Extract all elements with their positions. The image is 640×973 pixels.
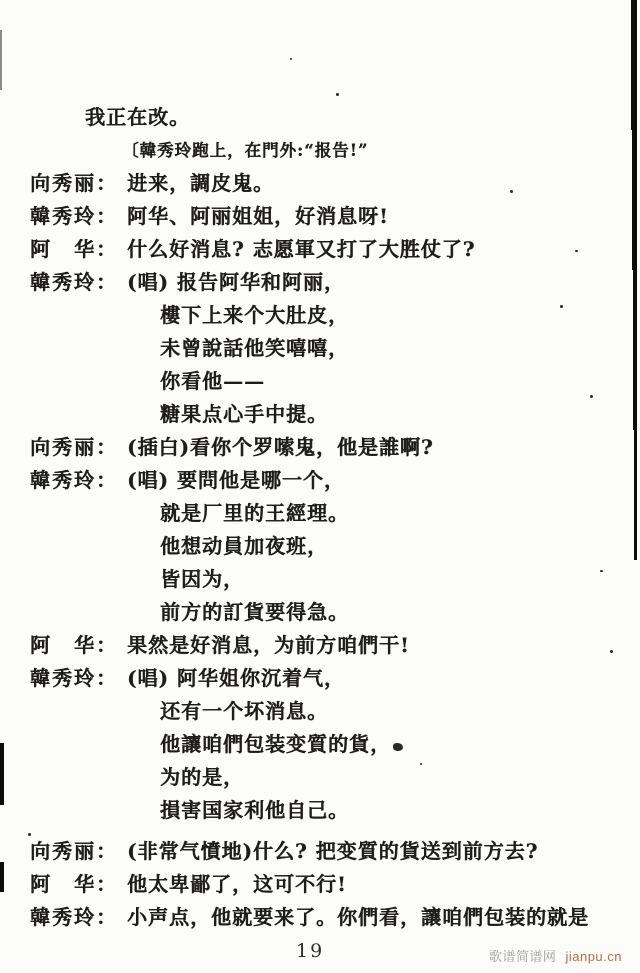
speck-artifact xyxy=(420,763,422,765)
speaker-name: 向秀丽： xyxy=(30,839,118,863)
speck-artifact xyxy=(610,650,613,653)
speck-artifact xyxy=(575,250,578,252)
script-line: 韓秀玲：(唱) 阿华姐你沉着气， xyxy=(30,662,640,695)
script-line: 韓秀玲：(唱) 报告阿华和阿丽， xyxy=(30,266,640,299)
script-line: 阿 华：他太卑鄙了，这可不行! xyxy=(30,868,640,901)
line-text: (插白)看你个罗嗦鬼，他是誰啊? xyxy=(127,435,434,459)
line-text: 他讓咱們包装变質的貨， xyxy=(160,732,391,756)
line-text: 皆因为， xyxy=(160,567,244,591)
line-text: 阿华、阿丽姐姐，好消息呀! xyxy=(127,204,389,228)
script-line: 向秀丽：(插白)看你个罗嗦鬼，他是誰啊? xyxy=(30,431,640,464)
speck-artifact xyxy=(510,190,513,193)
speck-artifact xyxy=(290,58,292,60)
line-text: 为的是， xyxy=(160,765,244,789)
script-line: 糖果点心手中提。 xyxy=(160,398,640,431)
script-line: 損害国家利他自己。 xyxy=(160,794,640,827)
scan-edge-artifact xyxy=(631,0,637,130)
page-number: 19 xyxy=(296,940,324,962)
script-line: 前方的訂貨要得急。 xyxy=(160,596,640,629)
line-text: 就是厂里的王經理。 xyxy=(160,501,349,525)
line-text: 〔韓秀玲跑上，在門外:“报告!” xyxy=(122,141,368,160)
script-line: 向秀丽：(非常气憤地)什么? 把变質的貨送到前方去? xyxy=(30,835,640,868)
line-text: 我正在改。 xyxy=(85,105,190,129)
line-text: 損害国家利他自己。 xyxy=(160,798,349,822)
speaker-name: 韓秀玲： xyxy=(30,204,118,228)
script-line: 他想动員加夜班， xyxy=(160,530,640,563)
script-line: 樓下上来个大肚皮， xyxy=(160,299,640,332)
speaker-name: 韓秀玲： xyxy=(30,468,118,492)
watermark-site-url[interactable]: jianpu.cn xyxy=(565,949,622,964)
speaker-name: 阿 华： xyxy=(30,237,118,261)
line-text: 他想动員加夜班， xyxy=(160,534,328,558)
script-line: 阿 华：什么好消息? 志愿軍又打了大胜仗了? xyxy=(30,233,640,266)
script-line: 我正在改。 xyxy=(85,101,640,134)
line-text: 糖果点心手中提。 xyxy=(160,402,328,426)
speck-artifact xyxy=(560,305,563,308)
scan-edge-artifact xyxy=(0,30,2,90)
script-line: 你看他—— xyxy=(160,365,640,398)
script-line: 韓秀玲：小声点，他就要来了。你們看，讓咱們包装的就是 xyxy=(30,901,640,934)
speaker-name: 向秀丽： xyxy=(30,171,118,195)
line-text: 什么好消息? 志愿軍又打了大胜仗了? xyxy=(127,237,475,261)
script-line: 为的是， xyxy=(160,761,640,794)
line-text: 他太卑鄙了，这可不行! xyxy=(127,872,347,896)
scan-edge-artifact xyxy=(632,130,637,270)
speck-artifact xyxy=(28,833,31,836)
line-text: (唱) 阿华姐你沉着气， xyxy=(127,666,345,690)
scan-edge-artifact xyxy=(633,270,637,430)
speaker-name: 韓秀玲： xyxy=(30,666,118,690)
script-line: 就是厂里的王經理。 xyxy=(160,497,640,530)
speck-artifact xyxy=(500,843,502,845)
line-text: 前方的訂貨要得急。 xyxy=(160,600,349,624)
speaker-name: 阿 华： xyxy=(30,872,118,896)
scan-edge-artifact xyxy=(0,862,4,892)
script-line: 韓秀玲：阿华、阿丽姐姐，好消息呀! xyxy=(30,200,640,233)
script-line: 韓秀玲：(唱) 要問他是哪一个， xyxy=(30,464,640,497)
speaker-name: 韓秀玲： xyxy=(30,270,118,294)
watermark: 歌谱简谱网 jianpu.cn xyxy=(489,946,622,965)
line-text: 未曾說話他笑嘻嘻， xyxy=(160,336,349,360)
line-text: (唱) 要問他是哪一个， xyxy=(127,468,345,492)
line-text: (非常气憤地)什么? 把变質的貨送到前方去? xyxy=(127,839,538,863)
script-line: 〔韓秀玲跑上，在門外:“报告!” xyxy=(122,134,640,167)
line-text: 还有一个坏消息。 xyxy=(160,699,328,723)
scan-edge-artifact xyxy=(0,743,4,805)
script-line: 皆因为， xyxy=(160,563,640,596)
scanned-script-page: 我正在改。〔韓秀玲跑上，在門外:“报告!”向秀丽：进来，調皮鬼。韓秀玲：阿华、阿… xyxy=(0,0,640,973)
script-line: 还有一个坏消息。 xyxy=(160,695,640,728)
line-text: 樓下上来个大肚皮， xyxy=(160,303,349,327)
watermark-site-name: 歌谱简谱网 xyxy=(489,949,557,964)
speck-artifact xyxy=(336,93,339,96)
line-text: (唱) 报告阿华和阿丽， xyxy=(127,270,345,294)
speck-artifact xyxy=(600,570,603,572)
script-line: 向秀丽：进来，調皮鬼。 xyxy=(30,167,640,200)
script-line: 阿 华：果然是好消息，为前方咱們干! xyxy=(30,629,640,662)
scan-edge-artifact xyxy=(634,430,637,560)
ink-blob-artifact xyxy=(393,743,403,751)
speck-artifact xyxy=(590,395,593,398)
line-text: 你看他—— xyxy=(160,369,265,393)
speaker-name: 阿 华： xyxy=(30,633,118,657)
script-line: 未曾說話他笑嘻嘻， xyxy=(160,332,640,365)
script-text-block: 我正在改。〔韓秀玲跑上，在門外:“报告!”向秀丽：进来，調皮鬼。韓秀玲：阿华、阿… xyxy=(0,101,640,934)
line-text: 进来，調皮鬼。 xyxy=(127,171,274,195)
speaker-name: 向秀丽： xyxy=(30,435,118,459)
line-text: 果然是好消息，为前方咱們干! xyxy=(127,633,410,657)
line-text: 小声点，他就要来了。你們看，讓咱們包装的就是 xyxy=(127,905,589,929)
speaker-name: 韓秀玲： xyxy=(30,905,118,929)
